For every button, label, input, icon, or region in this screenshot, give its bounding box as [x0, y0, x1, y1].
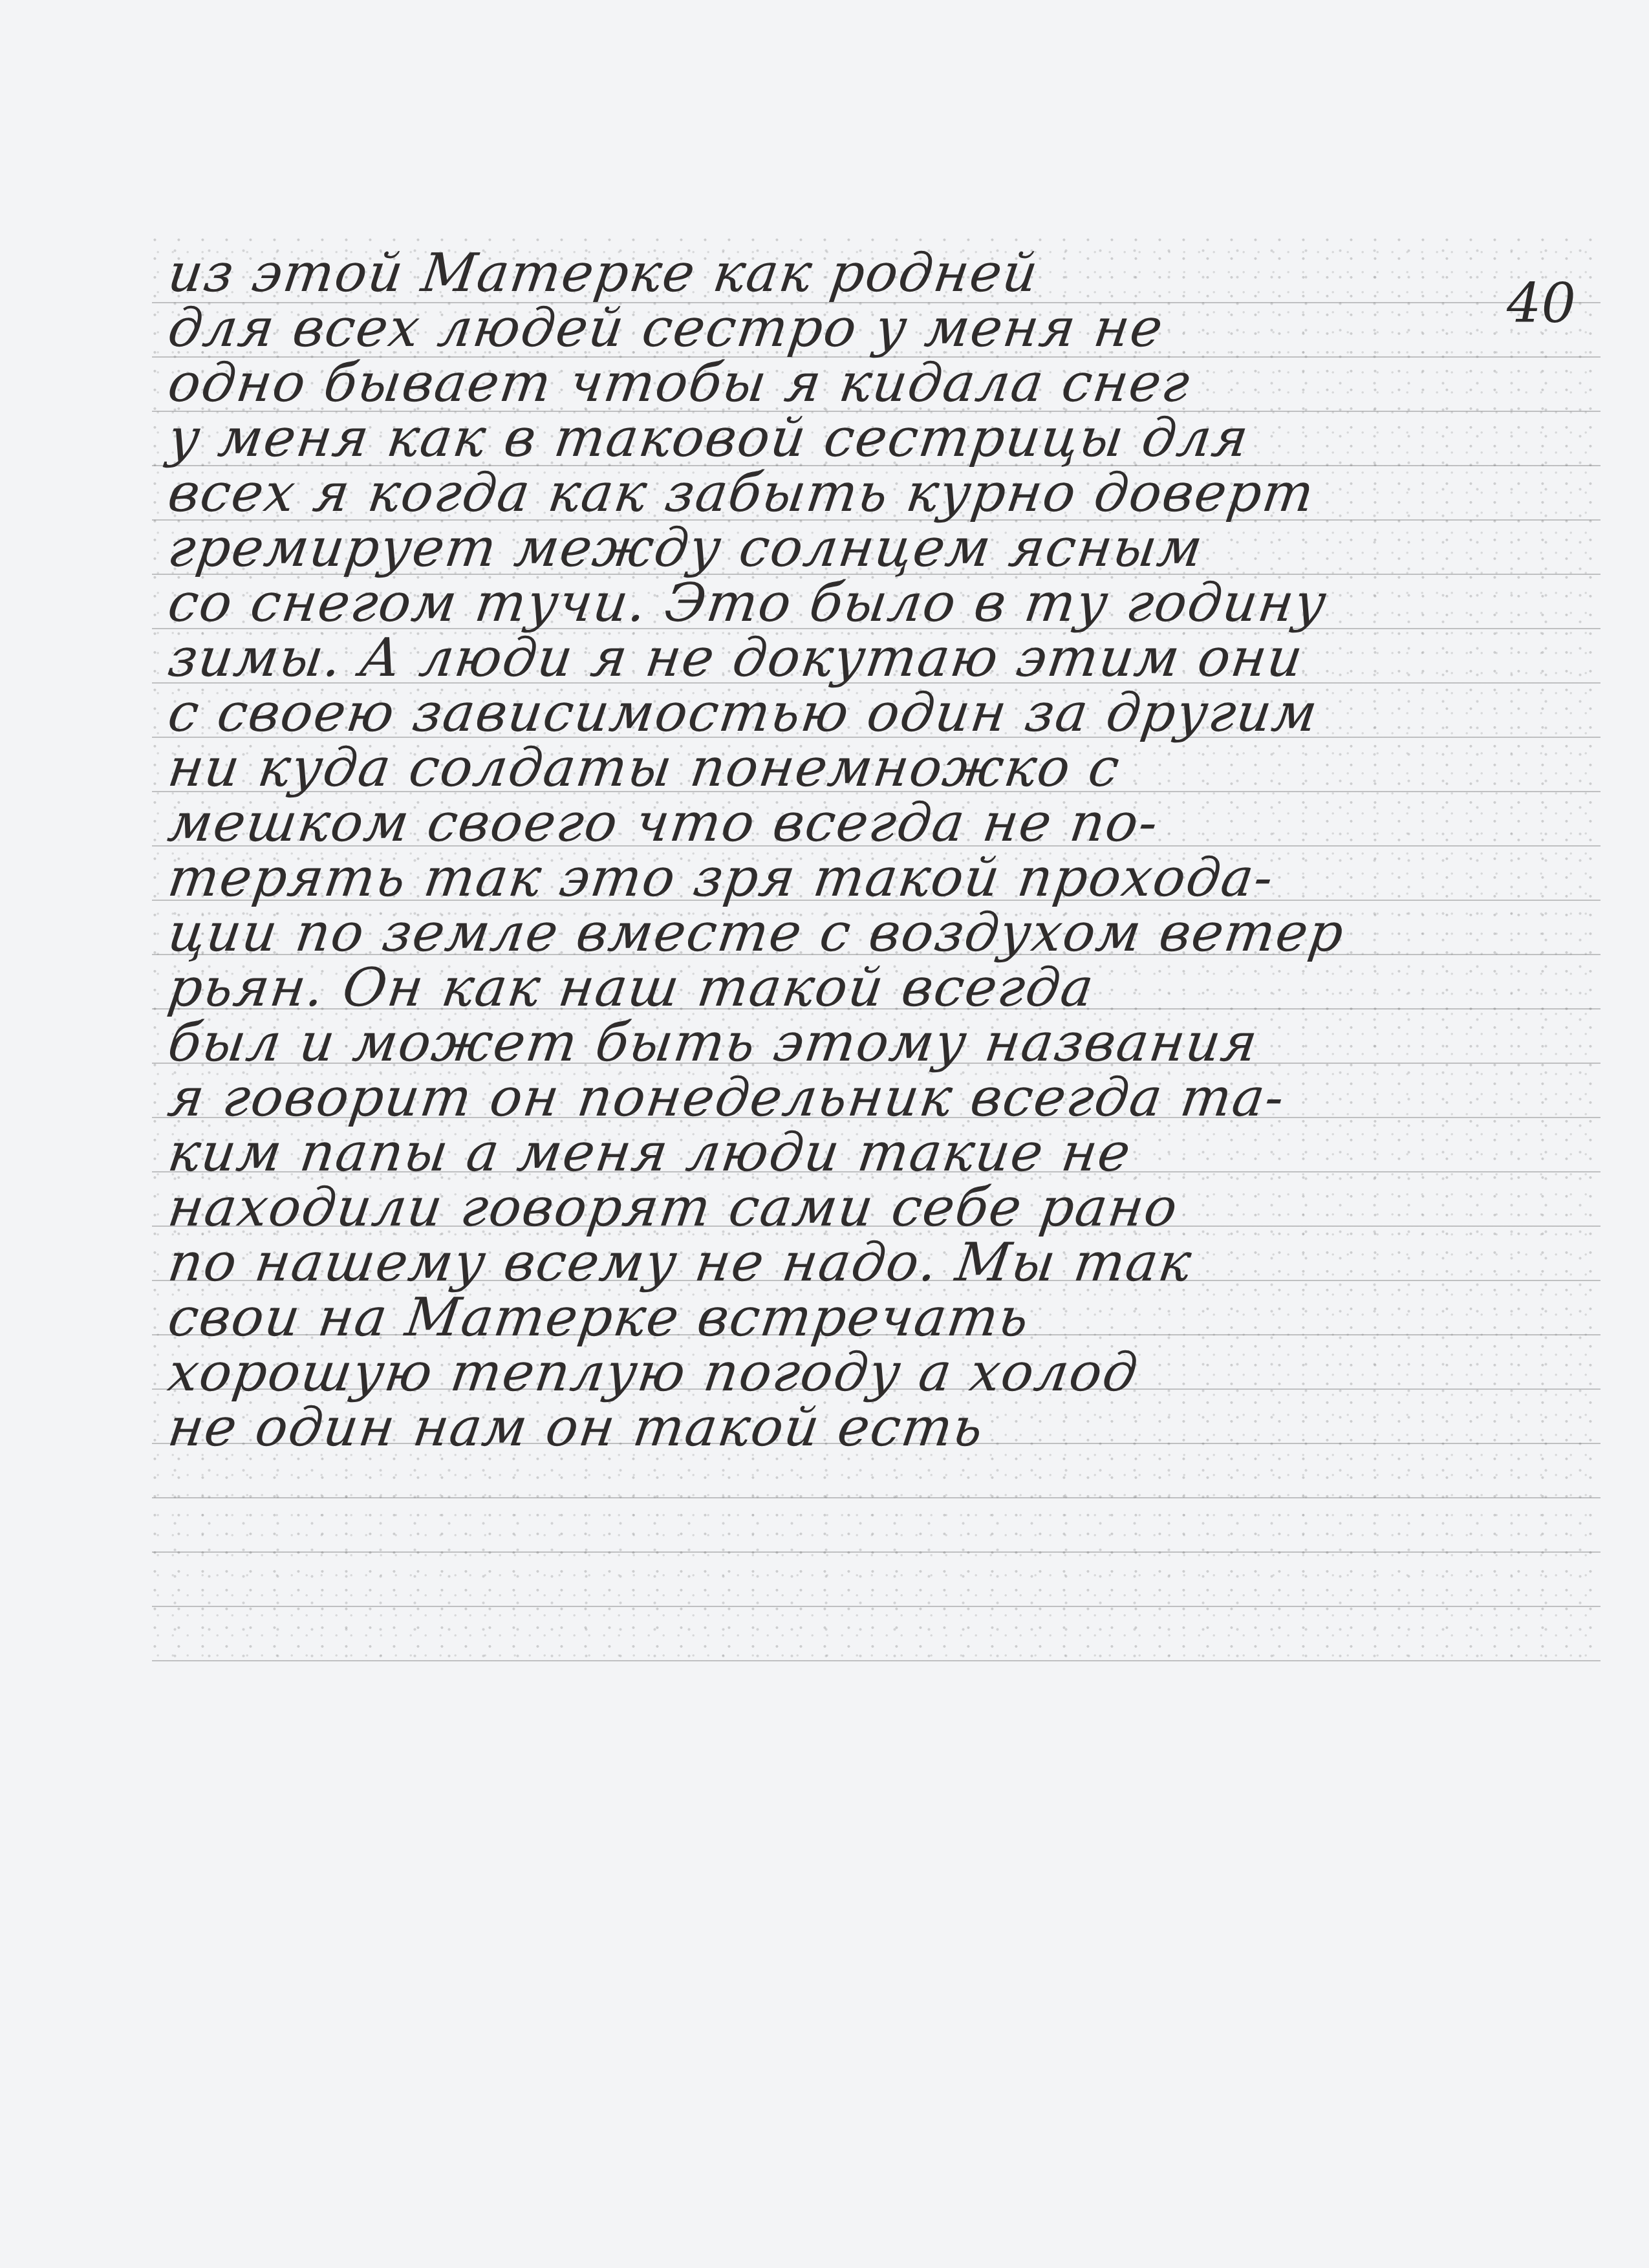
text-line: мешком своего что всегда не по- — [165, 795, 1615, 850]
text-line: гремирует между солнцем ясным — [165, 521, 1615, 576]
text-line: из этой Матерке как родней — [165, 246, 1615, 301]
text-line: не один нам он такой есть — [165, 1400, 1615, 1455]
text-line: я говорит он понедельник всегда та- — [165, 1070, 1615, 1125]
text-line: со снегом тучи. Это было в ту годину — [165, 576, 1615, 631]
text-line: одно бывает чтобы я кидала снег — [165, 356, 1615, 411]
text-line: ции по земле вместе с воздухом ветер — [165, 905, 1615, 960]
text-line: рьян. Он как наш такой всегда — [165, 960, 1615, 1015]
text-line: терять так это зря такой прохода- — [165, 850, 1615, 905]
text-line: ни куда солдаты понемножко с — [165, 740, 1615, 795]
text-line: по нашему всему не надо. Мы так — [165, 1235, 1615, 1290]
handwritten-text-block: из этой Матерке как родней для всех люде… — [165, 246, 1607, 1455]
text-line: всех я когда как забыть курно доверт — [165, 466, 1615, 521]
text-line: у меня как в таковой сестрицы для — [165, 411, 1615, 466]
text-line: для всех людей сестро у меня не — [165, 301, 1615, 356]
text-line: ким папы а меня люди такие не — [165, 1125, 1615, 1180]
text-line: свои на Матерке встречать — [165, 1290, 1615, 1345]
paper-sheet: 40 из этой Матерке как родней для всех л… — [0, 0, 1649, 2268]
text-line: зимы. А люди я не докутаю этим они — [165, 631, 1615, 686]
text-line: был и может быть этому названия — [165, 1015, 1615, 1070]
text-line: хорошую теплую погоду а холод — [165, 1345, 1615, 1400]
text-line: находили говорят сами себе рано — [165, 1180, 1615, 1235]
text-line: с своею зависимостью один за другим — [165, 686, 1615, 740]
